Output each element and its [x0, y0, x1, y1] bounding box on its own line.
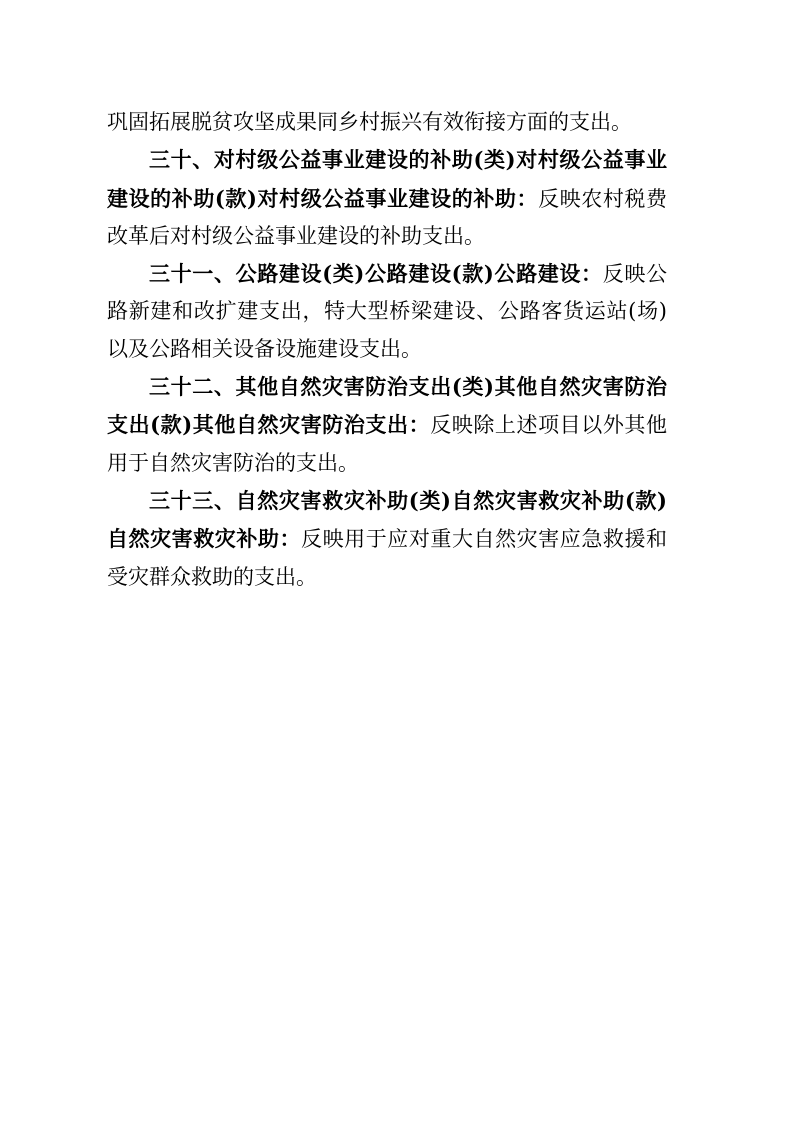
document-text-block: 巩固拓展脱贫攻坚成果同乡村振兴有效衔接方面的支出。 三十、对村级公益事业建设的补…: [107, 104, 667, 596]
entry-31-heading: 三十一、公路建设(类)公路建设(款)公路建设：: [149, 261, 603, 286]
paragraph-item-31: 三十一、公路建设(类)公路建设(款)公路建设：反映公路新建和改扩建支出，特大型桥…: [107, 255, 667, 368]
paragraph-item-30: 三十、对村级公益事业建设的补助(类)对村级公益事业建设的补助(款)对村级公益事业…: [107, 141, 667, 255]
paragraph-continuation: 巩固拓展脱贫攻坚成果同乡村振兴有效衔接方面的支出。: [107, 104, 667, 141]
paragraph-item-32: 三十二、其他自然灾害防治支出(类)其他自然灾害防治支出(款)其他自然灾害防治支出…: [107, 368, 667, 482]
paragraph-item-33: 三十三、自然灾害救灾补助(类)自然灾害救灾补助(款)自然灾害救灾补助：反映用于应…: [107, 482, 667, 596]
paragraph-continuation-text: 巩固拓展脱贫攻坚成果同乡村振兴有效衔接方面的支出。: [107, 110, 632, 134]
document-page: 巩固拓展脱贫攻坚成果同乡村振兴有效衔接方面的支出。 三十、对村级公益事业建设的补…: [0, 0, 793, 1122]
